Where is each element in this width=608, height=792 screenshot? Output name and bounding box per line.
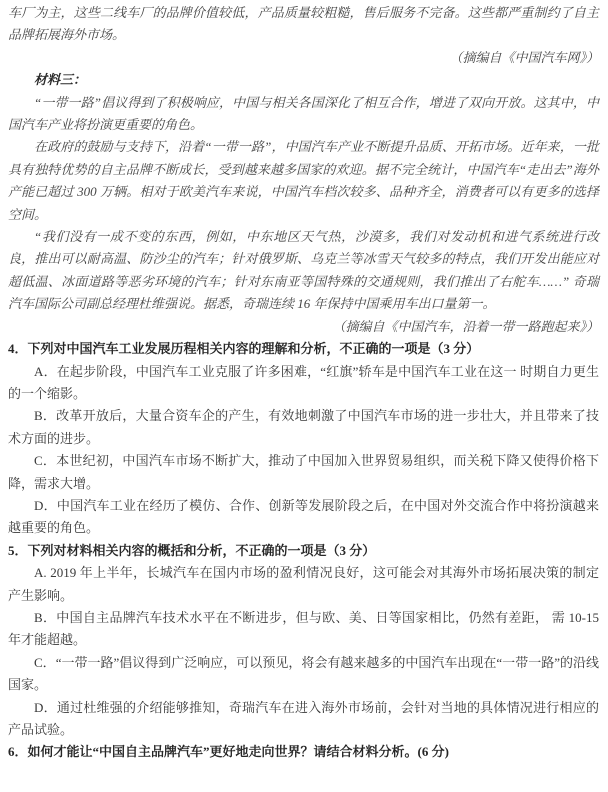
question-4-option-c: C．本世纪初，中国汽车市场不断扩大，推动了中国加入世界贸易组织，而关税下降又使得… <box>8 450 599 495</box>
option-b-label: B． <box>34 610 56 625</box>
option-d-label: D． <box>34 498 57 513</box>
question-4-stem-text: 下列对中国汽车工业发展历程相关内容的理解和分析，不正确的一项是（3 分） <box>28 341 480 356</box>
question-4-number: 4． <box>8 341 28 356</box>
question-5-number: 5． <box>8 543 28 558</box>
option-d-text: 通过杜维强的介绍能够推知，奇瑞汽车在进入海外市场前，会针对当地的具体情况进行相应… <box>8 700 599 737</box>
question-4-option-b: B．改革开放后，大量合资车企的产生，有效地刺激了中国汽车市场的进一步壮大，并且带… <box>8 405 599 450</box>
option-c-label: C． <box>34 453 56 468</box>
question-5-stem: 5．下列对材料相关内容的概括和分析，不正确的一项是（3 分） <box>8 540 599 562</box>
material-two-source: （摘编自《中国汽车网》） <box>8 47 599 69</box>
exam-paper-page: 车厂为主，这些二线车厂的品牌价值较低，产品质量较粗糙，售后服务不完备。这些都严重… <box>0 0 608 792</box>
question-4-option-a: A．在起步阶段，中国汽车工业克服了许多困难，“红旗”轿车是中国汽车工业在这一 时… <box>8 361 599 406</box>
question-5-option-d: D．通过杜维强的介绍能够推知，奇瑞汽车在进入海外市场前，会针对当地的具体情况进行… <box>8 697 599 742</box>
material-three-heading: 材料三： <box>8 69 599 91</box>
option-d-label: D． <box>34 700 57 715</box>
question-6-stem: 6．如何才能让“中国自主品牌汽车”更好地走向世界？请结合材料分析。(6 分) <box>8 741 599 763</box>
material-three-paragraph-3: “我们没有一成不变的东西，例如，中东地区天气热，沙漠多，我们对发动机和进气系统进… <box>8 226 599 316</box>
option-d-text: 中国汽车工业在经历了模仿、合作、创新等发展阶段之后，在中国对外交流合作中将扮演越… <box>8 498 599 535</box>
option-c-text: 本世纪初，中国汽车市场不断扩大，推动了中国加入世界贸易组织，而关税下降又使得价格… <box>8 453 599 490</box>
material-three-paragraph-2: 在政府的鼓励与支持下，沿着“一带一路”，中国汽车产业不断提升品质、开拓市场。近年… <box>8 136 599 226</box>
question-6-stem-text: 如何才能让“中国自主品牌汽车”更好地走向世界？请结合材料分析。(6 分) <box>28 744 449 759</box>
option-b-text: 中国自主品牌汽车技术水平在不断进步，但与欧、美、日等国家相比，仍然有差距， 需 … <box>8 610 599 647</box>
material-two-continuation-text: 车厂为主，这些二线车厂的品牌价值较低，产品质量较粗糙，售后服务不完备。这些都严重… <box>8 2 599 47</box>
question-5-stem-text: 下列对材料相关内容的概括和分析，不正确的一项是（3 分） <box>28 543 376 558</box>
question-6-number: 6． <box>8 744 28 759</box>
option-a-label: A. <box>34 565 47 580</box>
material-three-paragraph-1: “一带一路”倡议得到了积极响应，中国与相关各国深化了相互合作，增进了双向开放。这… <box>8 92 599 137</box>
option-a-text: 在起步阶段，中国汽车工业克服了许多困难，“红旗”轿车是中国汽车工业在这一 时期自… <box>8 364 599 401</box>
question-5-option-c: C．“一带一路”倡议得到广泛响应，可以预见，将会有越来越多的中国汽车出现在“一带… <box>8 652 599 697</box>
question-5-option-a: A. 2019 年上半年，长城汽车在国内市场的盈利情况良好，这可能会对其海外市场… <box>8 562 599 607</box>
option-a-text: 2019 年上半年，长城汽车在国内市场的盈利情况良好，这可能会对其海外市场拓展决… <box>8 565 599 602</box>
question-4-option-d: D．中国汽车工业在经历了模仿、合作、创新等发展阶段之后，在中国对外交流合作中将扮… <box>8 495 599 540</box>
question-5-option-b: B．中国自主品牌汽车技术水平在不断进步，但与欧、美、日等国家相比，仍然有差距， … <box>8 607 599 652</box>
option-c-text: “一带一路”倡议得到广泛响应，可以预见，将会有越来越多的中国汽车出现在“一带一路… <box>8 655 599 692</box>
question-4-stem: 4．下列对中国汽车工业发展历程相关内容的理解和分析，不正确的一项是（3 分） <box>8 338 599 360</box>
material-three-source: （摘编自《中国汽车，沿着一带一路跑起来》） <box>8 316 599 338</box>
option-b-text: 改革开放后，大量合资车企的产生，有效地刺激了中国汽车市场的进一步壮大，并且带来了… <box>8 408 599 445</box>
option-a-label: A． <box>34 364 57 379</box>
option-c-label: C． <box>34 655 56 670</box>
option-b-label: B． <box>34 408 56 423</box>
